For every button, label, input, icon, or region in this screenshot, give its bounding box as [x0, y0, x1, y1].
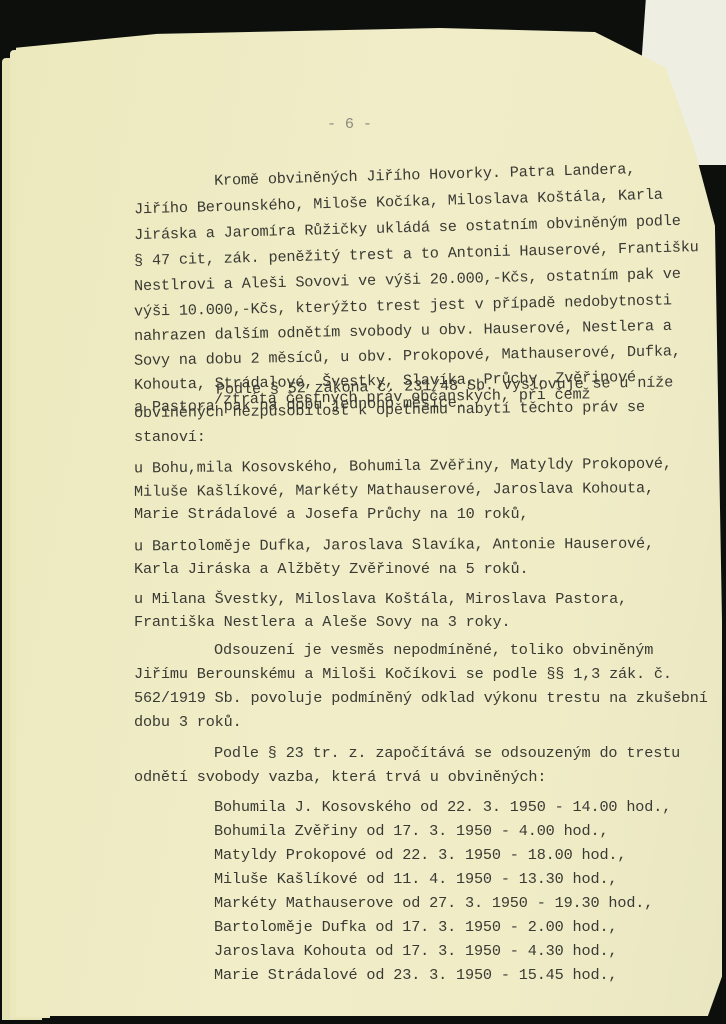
custody-list-item: Markéty Mathauserove od 27. 3. 1950 - 19… — [214, 894, 653, 912]
custody-list-item: Miluše Kašlíkové od 11. 4. 1950 - 13.30 … — [214, 870, 617, 888]
text-line: 562/1919 Sb. povoluje podmíněný odklad v… — [134, 689, 708, 707]
text-line: u Bartoloměje Dufka, Jaroslava Slavíka, … — [134, 535, 654, 556]
custody-list-item: Jaroslava Kohouta od 17. 3. 1950 - 4.30 … — [214, 942, 617, 960]
text-line: Odsouzení je vesměs nepodmíněné, toliko … — [214, 641, 653, 659]
page-number: - 6 - — [327, 115, 372, 133]
custody-list-item: Bartoloměje Dufka od 17. 3. 1950 - 2.00 … — [214, 918, 617, 936]
text-line: nahrazen dalším odnětím svobody u obv. H… — [134, 317, 672, 345]
text-line: Františka Nestlera a Aleše Sovy na 3 rok… — [134, 613, 511, 631]
text-line: Nestlrovi a Aleši Sovovi ve výši 20.000,… — [134, 265, 681, 295]
text-line: odnětí svobody vazba, která trvá u obvin… — [134, 768, 546, 786]
text-line: výši 10.000,-Kčs, kterýžto trest jest v … — [134, 291, 672, 320]
text-line: stanoví: — [134, 428, 206, 446]
text-line: dobu 3 roků. — [134, 713, 242, 731]
custody-list-item: Bohumila J. Kosovského od 22. 3. 1950 - … — [214, 798, 671, 816]
custody-list-item: Marie Strádalové od 23. 3. 1950 - 15.45 … — [214, 966, 617, 984]
text-line: Miluše Kašlíkové, Markéty Mathauserové, … — [134, 479, 654, 501]
custody-list-item: Matyldy Prokopové od 22. 3. 1950 - 18.00… — [214, 846, 626, 864]
text-line: Podle § 23 tr. z. započítává se odsouzen… — [214, 744, 680, 762]
text-line: u Milana Švestky, Miloslava Koštála, Mir… — [134, 590, 627, 608]
text-line: u Bohu,mila Kosovského, Bohumila Zvěřiny… — [134, 455, 672, 478]
text-line: Sovy na dobu 2 měsíců, u obv. Prokopové,… — [134, 342, 681, 370]
text-line: Jiřímu Berounskému a Miloši Kočíkovi se … — [134, 665, 672, 683]
text-line: Jiráska a Jaromíra Růžičky ukládá se ost… — [134, 212, 681, 244]
text-line: § 47 cit, zák. peněžitý trest a to Anton… — [134, 238, 699, 270]
text-line: Kromě obviněných Jiřího Hovorky. Patra L… — [214, 160, 636, 190]
custody-list-item: Bohumila Zvěřiny od 17. 3. 1950 - 4.00 h… — [214, 822, 608, 840]
text-line: Karla Jiráska a Alžběty Zvěřinové na 5 r… — [134, 560, 528, 578]
typewritten-document: - 6 - Kromě obviněných Jiřího Hovorky. P… — [0, 0, 726, 1024]
text-line: Marie Strádalové a Josefa Průchy na 10 r… — [134, 505, 528, 523]
